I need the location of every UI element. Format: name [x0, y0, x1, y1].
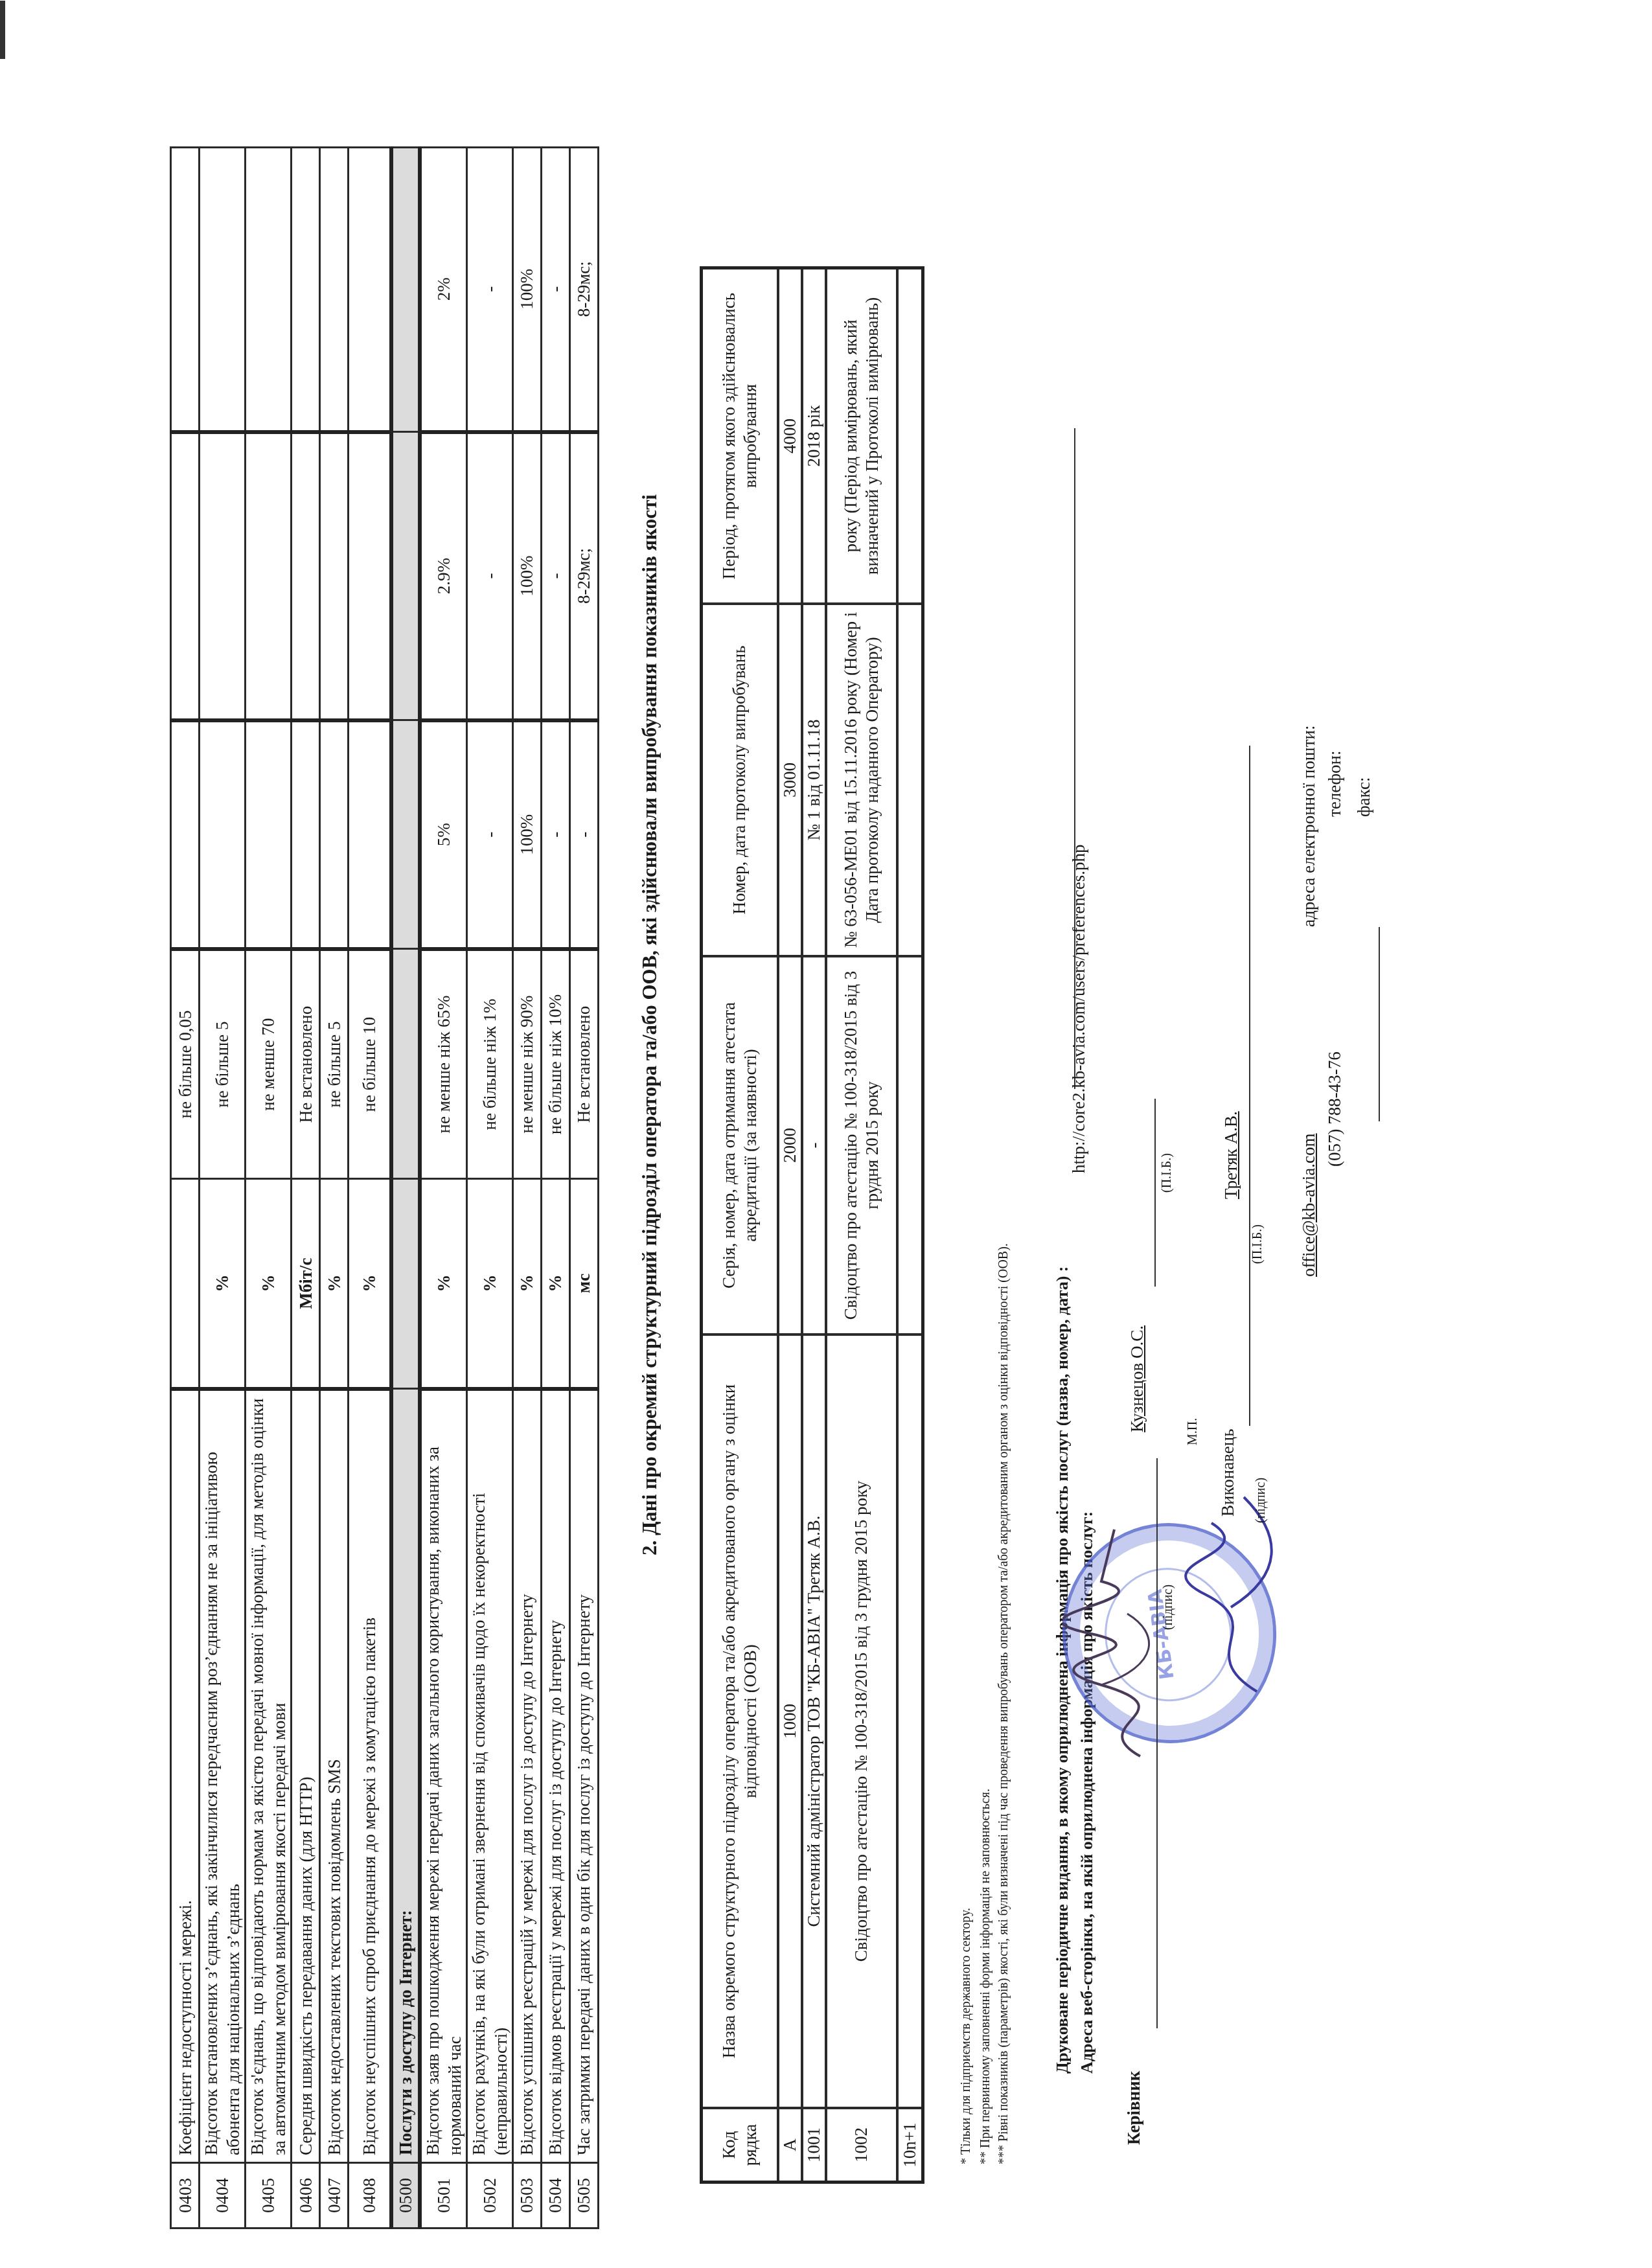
table-row: 1002 Свідоцтво про атестацію № 100-318/2…: [826, 268, 897, 2182]
row-norm: Не встановлено: [569, 949, 598, 1179]
executor-label: Виконавець: [1218, 1429, 1238, 1517]
colnum-period: 4000: [778, 268, 802, 604]
table-row: 10n+1: [897, 268, 923, 2182]
section2-title: 2. Дані про окремий структурний підрозді…: [638, 494, 661, 1555]
footnote-3: *** Рівні показників (параметрів) якості…: [996, 1243, 1011, 2164]
row-protocol: [897, 604, 923, 956]
table-row: 0501Відсоток заяв про пошкодження мережі…: [420, 148, 467, 2228]
row-unit-name: Системний адміністратор ТОВ "КБ-АВІА" Тр…: [802, 1334, 826, 2108]
row-indicator-name: Коефіцієнт недоступності мережі.: [171, 1389, 200, 2163]
head-signature-line: [1156, 1458, 1158, 2028]
row-norm: не більше 0,05: [171, 949, 200, 1179]
row-indicator-name: Середня швидкість передавання даних (для…: [292, 1389, 320, 2163]
fax-label: факс:: [1354, 777, 1374, 817]
row-protocol: № 1 від 01.11.18: [802, 604, 826, 956]
section-empty-cell: [391, 949, 420, 1179]
row-indicator-name: Відсоток відмов реєстрації у мережі для …: [541, 1389, 569, 2163]
row-unit-name: [897, 1334, 923, 2108]
stamp-place-label: М.П.: [1186, 1418, 1200, 1445]
row-value-2: 8-29мс;: [569, 432, 598, 720]
row-value-1: 5%: [420, 720, 467, 949]
colnum-protocol: 3000: [778, 604, 802, 956]
email-label: адреса електронної пошти:: [1299, 726, 1319, 927]
header-unit-name: Назва окремого структурного підрозділу о…: [702, 1334, 778, 2108]
row-value-1: [171, 720, 200, 949]
row-value-1: [246, 720, 292, 949]
footnote-1: * Тільки для підприємств державного сект…: [959, 1908, 974, 2164]
row-code: 0408: [349, 2163, 391, 2228]
row-indicator-name: Відсоток встановлених з’єднань, які закі…: [200, 1389, 246, 2163]
row-value-1: 100%: [512, 720, 541, 949]
row-unit: %: [320, 1179, 349, 1390]
section-empty-cell: [391, 1179, 420, 1390]
row-value-2: [320, 432, 349, 720]
row-value-3: [292, 148, 320, 432]
row-norm: не менше 70: [246, 949, 292, 1179]
row-norm: не більше ніж 10%: [541, 949, 569, 1179]
row-norm: не більше 5: [320, 949, 349, 1179]
row-indicator-name: Відсоток з'єднань, що відповідають норма…: [246, 1389, 292, 2163]
table-row: 0403Коефіцієнт недоступності мережі.не б…: [171, 148, 200, 2228]
table-header-row: Код рядка Назва окремого структурного пі…: [702, 268, 778, 2182]
row-value-3: [171, 148, 200, 432]
head-name-caption: (П.І.Б.): [1160, 1153, 1175, 1193]
table-row: 0405Відсоток з'єднань, що відповідають н…: [246, 148, 292, 2228]
row-unit: %: [200, 1179, 246, 1390]
row-value-1: [200, 720, 246, 949]
row-value-2: -: [466, 432, 512, 720]
row-value-1: -: [541, 720, 569, 949]
row-code: 0502: [466, 2163, 512, 2228]
table-row: 0502Відсоток рахунків, на які були отрим…: [466, 148, 512, 2228]
row-value-2: [200, 432, 246, 720]
row-norm: не більше 5: [200, 949, 246, 1179]
row-norm: не менше ніж 65%: [420, 949, 467, 1179]
executor-signature-line: [1249, 746, 1250, 1426]
row-indicator-name: Час затримки передачі даних в один бік д…: [569, 1389, 598, 2163]
section-code: 0500: [391, 2163, 420, 2228]
row-code: 0405: [246, 2163, 292, 2228]
phone-label: телефон:: [1325, 750, 1345, 817]
colnum-name: 1000: [778, 1334, 802, 2108]
row-value-2: -: [541, 432, 569, 720]
testing-units-table: Код рядка Назва окремого структурного пі…: [700, 266, 924, 2184]
row-code: 0406: [292, 2163, 320, 2228]
header-period: Період, протягом якого здійснювались вип…: [702, 268, 778, 604]
header-code: Код рядка: [702, 2108, 778, 2182]
executor-signature-icon: [1166, 1484, 1296, 1704]
row-cert: -: [802, 956, 826, 1334]
table-row: 0406Середня швидкість передавання даних …: [292, 148, 320, 2228]
email-value[interactable]: office@kb-avia.com: [1299, 1133, 1319, 1277]
row-value-3: 100%: [512, 148, 541, 432]
row-unit: мс: [569, 1179, 598, 1390]
table-row: 0504Відсоток відмов реєстрації у мережі …: [541, 148, 569, 2228]
table-row: 0408Відсоток неуспішних спроб приєднання…: [349, 148, 391, 2228]
section-empty-cell: [391, 432, 420, 720]
row-code: 1001: [802, 2108, 826, 2182]
fax-line: [1379, 927, 1380, 1121]
row-norm: не більше ніж 1%: [466, 949, 512, 1179]
row-value-3: [320, 148, 349, 432]
row-indicator-name: Відсоток заяв про пошкодження мережі пер…: [420, 1389, 467, 2163]
row-value-2: [171, 432, 200, 720]
row-value-3: [349, 148, 391, 432]
rotated-document-page: 0403Коефіцієнт недоступності мережі.не б…: [0, 0, 1652, 2268]
row-code: 1002: [826, 2108, 897, 2182]
head-signature-caption: (підпис): [1161, 1585, 1176, 1630]
row-cert: [897, 956, 923, 1334]
row-indicator-name: Відсоток успішних реєстрацій у мережі дл…: [512, 1389, 541, 2163]
row-indicator-name: Відсоток недоставлених текстових повідом…: [320, 1389, 349, 2163]
row-value-3: 2%: [420, 148, 467, 432]
section-name: Послуги з доступу до Інтернет:: [391, 1389, 420, 2163]
row-value-1: [320, 720, 349, 949]
row-value-1: [292, 720, 320, 949]
executor-name: Третяк А.В.: [1221, 1111, 1241, 1199]
row-code: 10n+1: [897, 2108, 923, 2182]
header-protocol: Номер, дата протоколу випробувань: [702, 604, 778, 956]
row-code: 0403: [171, 2163, 200, 2228]
row-value-2: [349, 432, 391, 720]
row-unit: %: [349, 1179, 391, 1390]
row-code: 0407: [320, 2163, 349, 2228]
executor-signature-caption: (підпис): [1254, 1478, 1268, 1523]
row-unit: %: [420, 1179, 467, 1390]
row-code: 0503: [512, 2163, 541, 2228]
row-indicator-name: Відсоток неуспішних спроб приєднання до …: [349, 1389, 391, 2163]
table-row: 0407Відсоток недоставлених текстових пов…: [320, 148, 349, 2228]
section-empty-cell: [391, 148, 420, 432]
row-unit: %: [541, 1179, 569, 1390]
row-protocol: № 63-056-МЕ01 від 15.11.2016 року (Номер…: [826, 604, 897, 956]
table-row: 0503Відсоток успішних реєстрацій у мереж…: [512, 148, 541, 2228]
row-value-3: -: [466, 148, 512, 432]
header-cert: Серія, номер, дата отримання атестата ак…: [702, 956, 778, 1334]
colnum-code: А: [778, 2108, 802, 2182]
row-code: 0504: [541, 2163, 569, 2228]
footnote-2: ** При первинному заповненні форми інфор…: [978, 1789, 993, 2164]
row-norm: Не встановлено: [292, 949, 320, 1179]
row-code: 0505: [569, 2163, 598, 2228]
scan-edge-mark: [0, 1, 5, 59]
row-value-2: 100%: [512, 432, 541, 720]
row-unit: Мбіт/с: [292, 1179, 320, 1390]
section-empty-cell: [391, 720, 420, 949]
row-code: 0501: [420, 2163, 467, 2228]
head-name: Кузнецов О.С.: [1127, 1325, 1147, 1432]
row-cert: Свідоцтво про атестацію № 100-318/2015 в…: [826, 956, 897, 1334]
phone-value: (057) 788-43-76: [1325, 1051, 1345, 1167]
row-value-2: 2.9%: [420, 432, 467, 720]
row-value-1: -: [466, 720, 512, 949]
row-period: 2018 рік: [802, 268, 826, 604]
row-unit: %: [246, 1179, 292, 1390]
quality-indicators-table: 0403Коефіцієнт недоступності мережі.не б…: [170, 146, 599, 2229]
row-norm: не менше ніж 90%: [512, 949, 541, 1179]
row-value-2: [292, 432, 320, 720]
website-url[interactable]: http://core2.kb-avia.com/users/preferenc…: [1069, 844, 1089, 1173]
row-value-1: -: [569, 720, 598, 949]
row-value-3: [200, 148, 246, 432]
column-number-row: А 1000 2000 3000 4000: [778, 268, 802, 2182]
row-indicator-name: Відсоток рахунків, на які були отримані …: [466, 1389, 512, 2163]
row-period: року (Період вимірювань, який визначений…: [826, 268, 897, 604]
row-value-3: -: [541, 148, 569, 432]
table-row: 1001 Системний адміністратор ТОВ "КБ-АВІ…: [802, 268, 826, 2182]
table-row: 0404Відсоток встановлених з’єднань, які …: [200, 148, 246, 2228]
row-unit-name: Свідоцтво про атестацію № 100-318/2015 в…: [826, 1334, 897, 2108]
row-unit: [171, 1179, 200, 1390]
head-label: Керівник: [1124, 2071, 1144, 2145]
executor-name-caption: (П.І.Б.): [1250, 1224, 1265, 1264]
row-value-1: [349, 720, 391, 949]
row-unit: %: [512, 1179, 541, 1390]
row-code: 0404: [200, 2163, 246, 2228]
row-unit: %: [466, 1179, 512, 1390]
row-value-3: 8-29мс;: [569, 148, 598, 432]
row-period: [897, 268, 923, 604]
section-row-internet: 0500Послуги з доступу до Інтернет:: [391, 148, 420, 2228]
table-row: 0505Час затримки передачі даних в один б…: [569, 148, 598, 2228]
row-norm: не більше 10: [349, 949, 391, 1179]
row-value-2: [246, 432, 292, 720]
row-value-3: [246, 148, 292, 432]
colnum-cert: 2000: [778, 956, 802, 1334]
head-name-line: [1154, 1099, 1156, 1287]
